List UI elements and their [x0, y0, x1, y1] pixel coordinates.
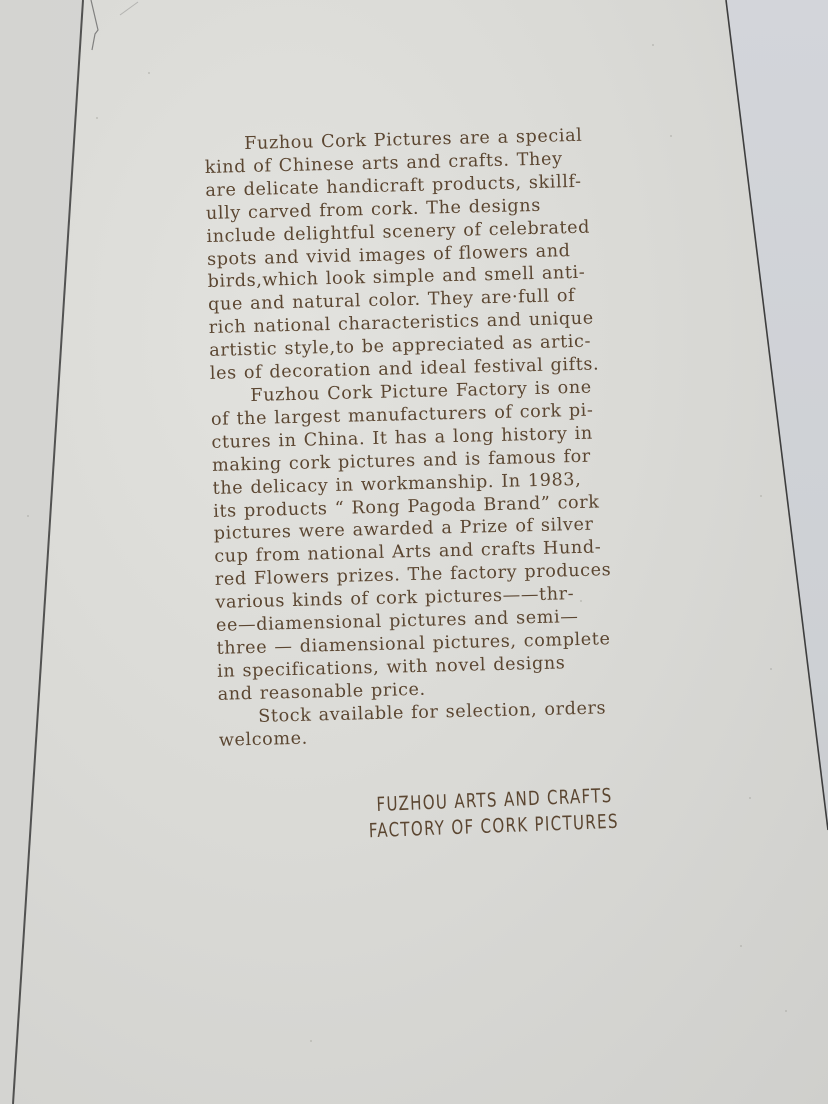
paper-speck — [96, 117, 98, 119]
paper-speck — [760, 495, 762, 497]
signature-block: FUZHOU ARTS AND CRAFTS FACTORY OF CORK P… — [376, 783, 619, 844]
paper-speck — [785, 1010, 787, 1012]
paper-speck — [740, 945, 742, 947]
body-text: Fuzhou Cork Pictures are a special kind … — [204, 123, 669, 752]
paper-speck — [749, 797, 751, 799]
paper-speck — [652, 44, 654, 46]
paper-speck — [310, 1040, 312, 1042]
paper-speck — [670, 135, 672, 137]
paper-speck — [770, 668, 772, 670]
paper-speck — [148, 72, 150, 74]
paper-speck — [27, 515, 29, 517]
